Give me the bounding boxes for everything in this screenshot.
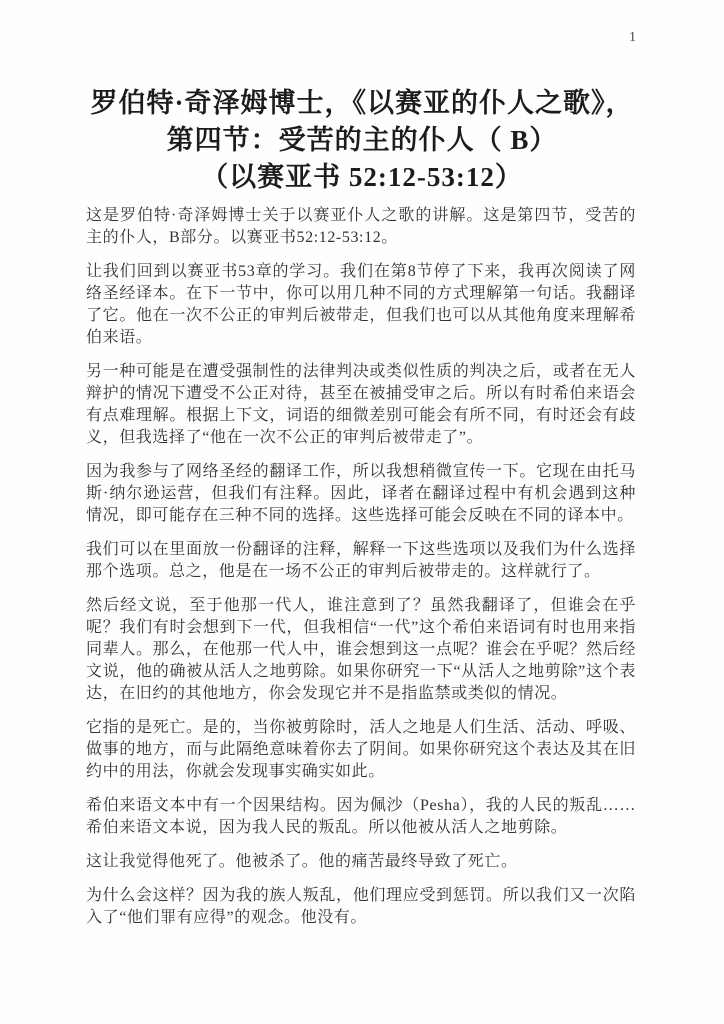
paragraph-why-so: 为什么会这样？因为我的族人叛乱，他们理应受到惩罚。所以我们又一次陷入了“他们罪有… [86, 885, 636, 929]
paragraph-causal-structure: 希伯来语文本中有一个因果结构。因为佩沙（Pesha），我的人民的叛乱……希伯来语… [86, 795, 636, 839]
document-page: 1 罗伯特·奇泽姆博士，《以赛亚的仆人之歌》， 第四节：受苦的主的仆人（ B） … [0, 0, 724, 1024]
title-line-3: （以赛亚书 52:12-53:12） [70, 159, 654, 196]
paragraph-return-to-isaiah53: 让我们回到以赛亚书53章的学习。我们在第8节停了下来，我再次阅读了网络圣经译本。… [86, 261, 636, 349]
paragraph-net-bible-notes: 因为我参与了网络圣经的翻译工作，所以我想稍微宣传一下。它现在由托马斯·纳尔逊运营… [86, 461, 636, 527]
title-line-2: 第四节：受苦的主的仆人（ B） [70, 122, 654, 159]
paragraph-his-generation: 然后经文说，至于他那一代人，谁注意到了？虽然我翻译了，但谁会在乎呢？我们有时会想… [86, 595, 636, 705]
title-line-1: 罗伯特·奇泽姆博士，《以赛亚的仆人之歌》， [70, 85, 654, 122]
paragraph-intro: 这是罗伯特·奇泽姆博士关于以赛亚仆人之歌的讲解。这是第四节，受苦的主的仆人，B部… [86, 205, 636, 249]
document-body: 这是罗伯特·奇泽姆博士关于以赛亚仆人之歌的讲解。这是第四节，受苦的主的仆人，B部… [86, 205, 636, 929]
document-title: 罗伯特·奇泽姆博士，《以赛亚的仆人之歌》， 第四节：受苦的主的仆人（ B） （以… [70, 85, 654, 196]
page-number: 1 [629, 31, 636, 45]
paragraph-means-death: 它指的是死亡。是的，当你被剪除时，活人之地是人们生活、活动、呼吸、做事的地方，而… [86, 717, 636, 783]
paragraph-translation-note: 我们可以在里面放一份翻译的注释，解释一下这些选项以及我们为什么选择那个选项。总之… [86, 539, 636, 583]
paragraph-other-possibility: 另一种可能是在遭受强制性的法律判决或类似性质的判决之后，或者在无人辩护的情况下遭… [86, 361, 636, 449]
paragraph-he-died: 这让我觉得他死了。他被杀了。他的痛苦最终导致了死亡。 [86, 851, 636, 873]
